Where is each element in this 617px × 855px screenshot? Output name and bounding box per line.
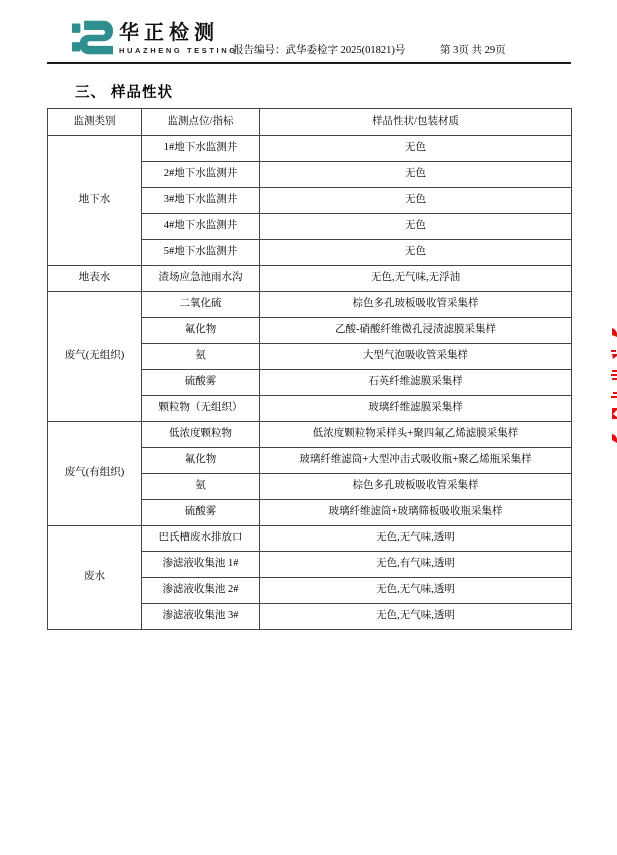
sample-property-cell: 无色	[260, 136, 572, 162]
monitoring-point-cell: 2#地下水监测井	[142, 162, 260, 188]
sample-property-cell: 棕色多孔玻板吸收管采集样	[260, 474, 572, 500]
column-header-category: 监测类别	[48, 109, 142, 136]
monitoring-point-cell: 低浓度颗粒物	[142, 422, 260, 448]
huazheng-logo-icon	[72, 17, 113, 58]
category-cell: 废气(无组织)	[48, 292, 142, 422]
sample-property-cell: 无色,无气味,透明	[260, 526, 572, 552]
table-row: 废气(无组织)二氧化硫棕色多孔玻板吸收管采集样	[48, 292, 572, 318]
page-header: 华正检测 HUAZHENG TESTING 报告编号：武华委检字 2025(01…	[47, 14, 571, 64]
sample-property-cell: 无色,无气味,无浮油	[260, 266, 572, 292]
sample-property-cell: 无色	[260, 240, 572, 266]
column-header-property: 样品性状/包装材质	[260, 109, 572, 136]
monitoring-point-cell: 氨	[142, 474, 260, 500]
logo-text: 华正检测 HUAZHENG TESTING	[119, 17, 238, 55]
monitoring-point-cell: 硫酸雾	[142, 500, 260, 526]
monitoring-point-cell: 渗滤液收集池 3#	[142, 604, 260, 630]
table-row: 地表水渣场应急池雨水沟无色,无气味,无浮油	[48, 266, 572, 292]
monitoring-point-cell: 二氧化硫	[142, 292, 260, 318]
monitoring-point-cell: 4#地下水监测井	[142, 214, 260, 240]
monitoring-point-cell: 渗滤液收集池 2#	[142, 578, 260, 604]
page-number-info: 第 3页 共 29页	[440, 42, 506, 57]
monitoring-point-cell: 氨	[142, 344, 260, 370]
monitoring-point-cell: 5#地下水监测井	[142, 240, 260, 266]
sample-property-cell: 棕色多孔玻板吸收管采集样	[260, 292, 572, 318]
company-logo: 华正检测 HUAZHENG TESTING	[72, 17, 238, 58]
sample-property-cell: 无色,有气味,透明	[260, 552, 572, 578]
red-seal-fragment-icon	[602, 326, 617, 444]
monitoring-point-cell: 巴氏槽废水排放口	[142, 526, 260, 552]
monitoring-point-cell: 3#地下水监测井	[142, 188, 260, 214]
table-header-row: 监测类别 监测点位/指标 样品性状/包装材质	[48, 109, 572, 136]
sample-property-cell: 玻璃纤维滤膜采集样	[260, 396, 572, 422]
section-title: 三、 样品性状	[75, 81, 173, 102]
monitoring-point-cell: 颗粒物（无组织）	[142, 396, 260, 422]
logo-en-name: HUAZHENG TESTING	[119, 46, 238, 55]
monitoring-point-cell: 渣场应急池雨水沟	[142, 266, 260, 292]
monitoring-point-cell: 硫酸雾	[142, 370, 260, 396]
sample-property-cell: 玻璃纤维滤筒+大型冲击式吸收瓶+聚乙烯瓶采集样	[260, 448, 572, 474]
sample-property-cell: 石英纤维滤膜采集样	[260, 370, 572, 396]
table-row: 地下水1#地下水监测井无色	[48, 136, 572, 162]
document-page: 华正检测 HUAZHENG TESTING 报告编号：武华委检字 2025(01…	[0, 0, 617, 855]
category-cell: 地表水	[48, 266, 142, 292]
table-body: 地下水1#地下水监测井无色2#地下水监测井无色3#地下水监测井无色4#地下水监测…	[48, 136, 572, 630]
report-number: 报告编号：武华委检字 2025(01821)号	[233, 42, 405, 57]
monitoring-point-cell: 氟化物	[142, 448, 260, 474]
monitoring-point-cell: 1#地下水监测井	[142, 136, 260, 162]
sample-property-cell: 无色,无气味,透明	[260, 578, 572, 604]
table-row: 废水巴氏槽废水排放口无色,无气味,透明	[48, 526, 572, 552]
category-cell: 废气(有组织)	[48, 422, 142, 526]
category-cell: 废水	[48, 526, 142, 630]
sample-property-cell: 低浓度颗粒物采样头+聚四氟乙烯滤膜采集样	[260, 422, 572, 448]
logo-cn-name: 华正检测	[119, 22, 238, 44]
sample-property-cell: 玻璃纤维滤筒+玻璃筛板吸收瓶采集样	[260, 500, 572, 526]
column-header-point: 监测点位/指标	[142, 109, 260, 136]
sample-property-cell: 乙酸-硝酸纤维微孔浸渍滤膜采集样	[260, 318, 572, 344]
category-cell: 地下水	[48, 136, 142, 266]
sample-property-cell: 无色	[260, 162, 572, 188]
sample-table: 监测类别 监测点位/指标 样品性状/包装材质 地下水1#地下水监测井无色2#地下…	[47, 108, 572, 630]
sample-property-cell: 无色	[260, 214, 572, 240]
sample-property-cell: 无色	[260, 188, 572, 214]
monitoring-point-cell: 渗滤液收集池 1#	[142, 552, 260, 578]
sample-property-cell: 大型气泡吸收管采集样	[260, 344, 572, 370]
monitoring-point-cell: 氟化物	[142, 318, 260, 344]
table-row: 废气(有组织)低浓度颗粒物低浓度颗粒物采样头+聚四氟乙烯滤膜采集样	[48, 422, 572, 448]
sample-property-cell: 无色,无气味,透明	[260, 604, 572, 630]
